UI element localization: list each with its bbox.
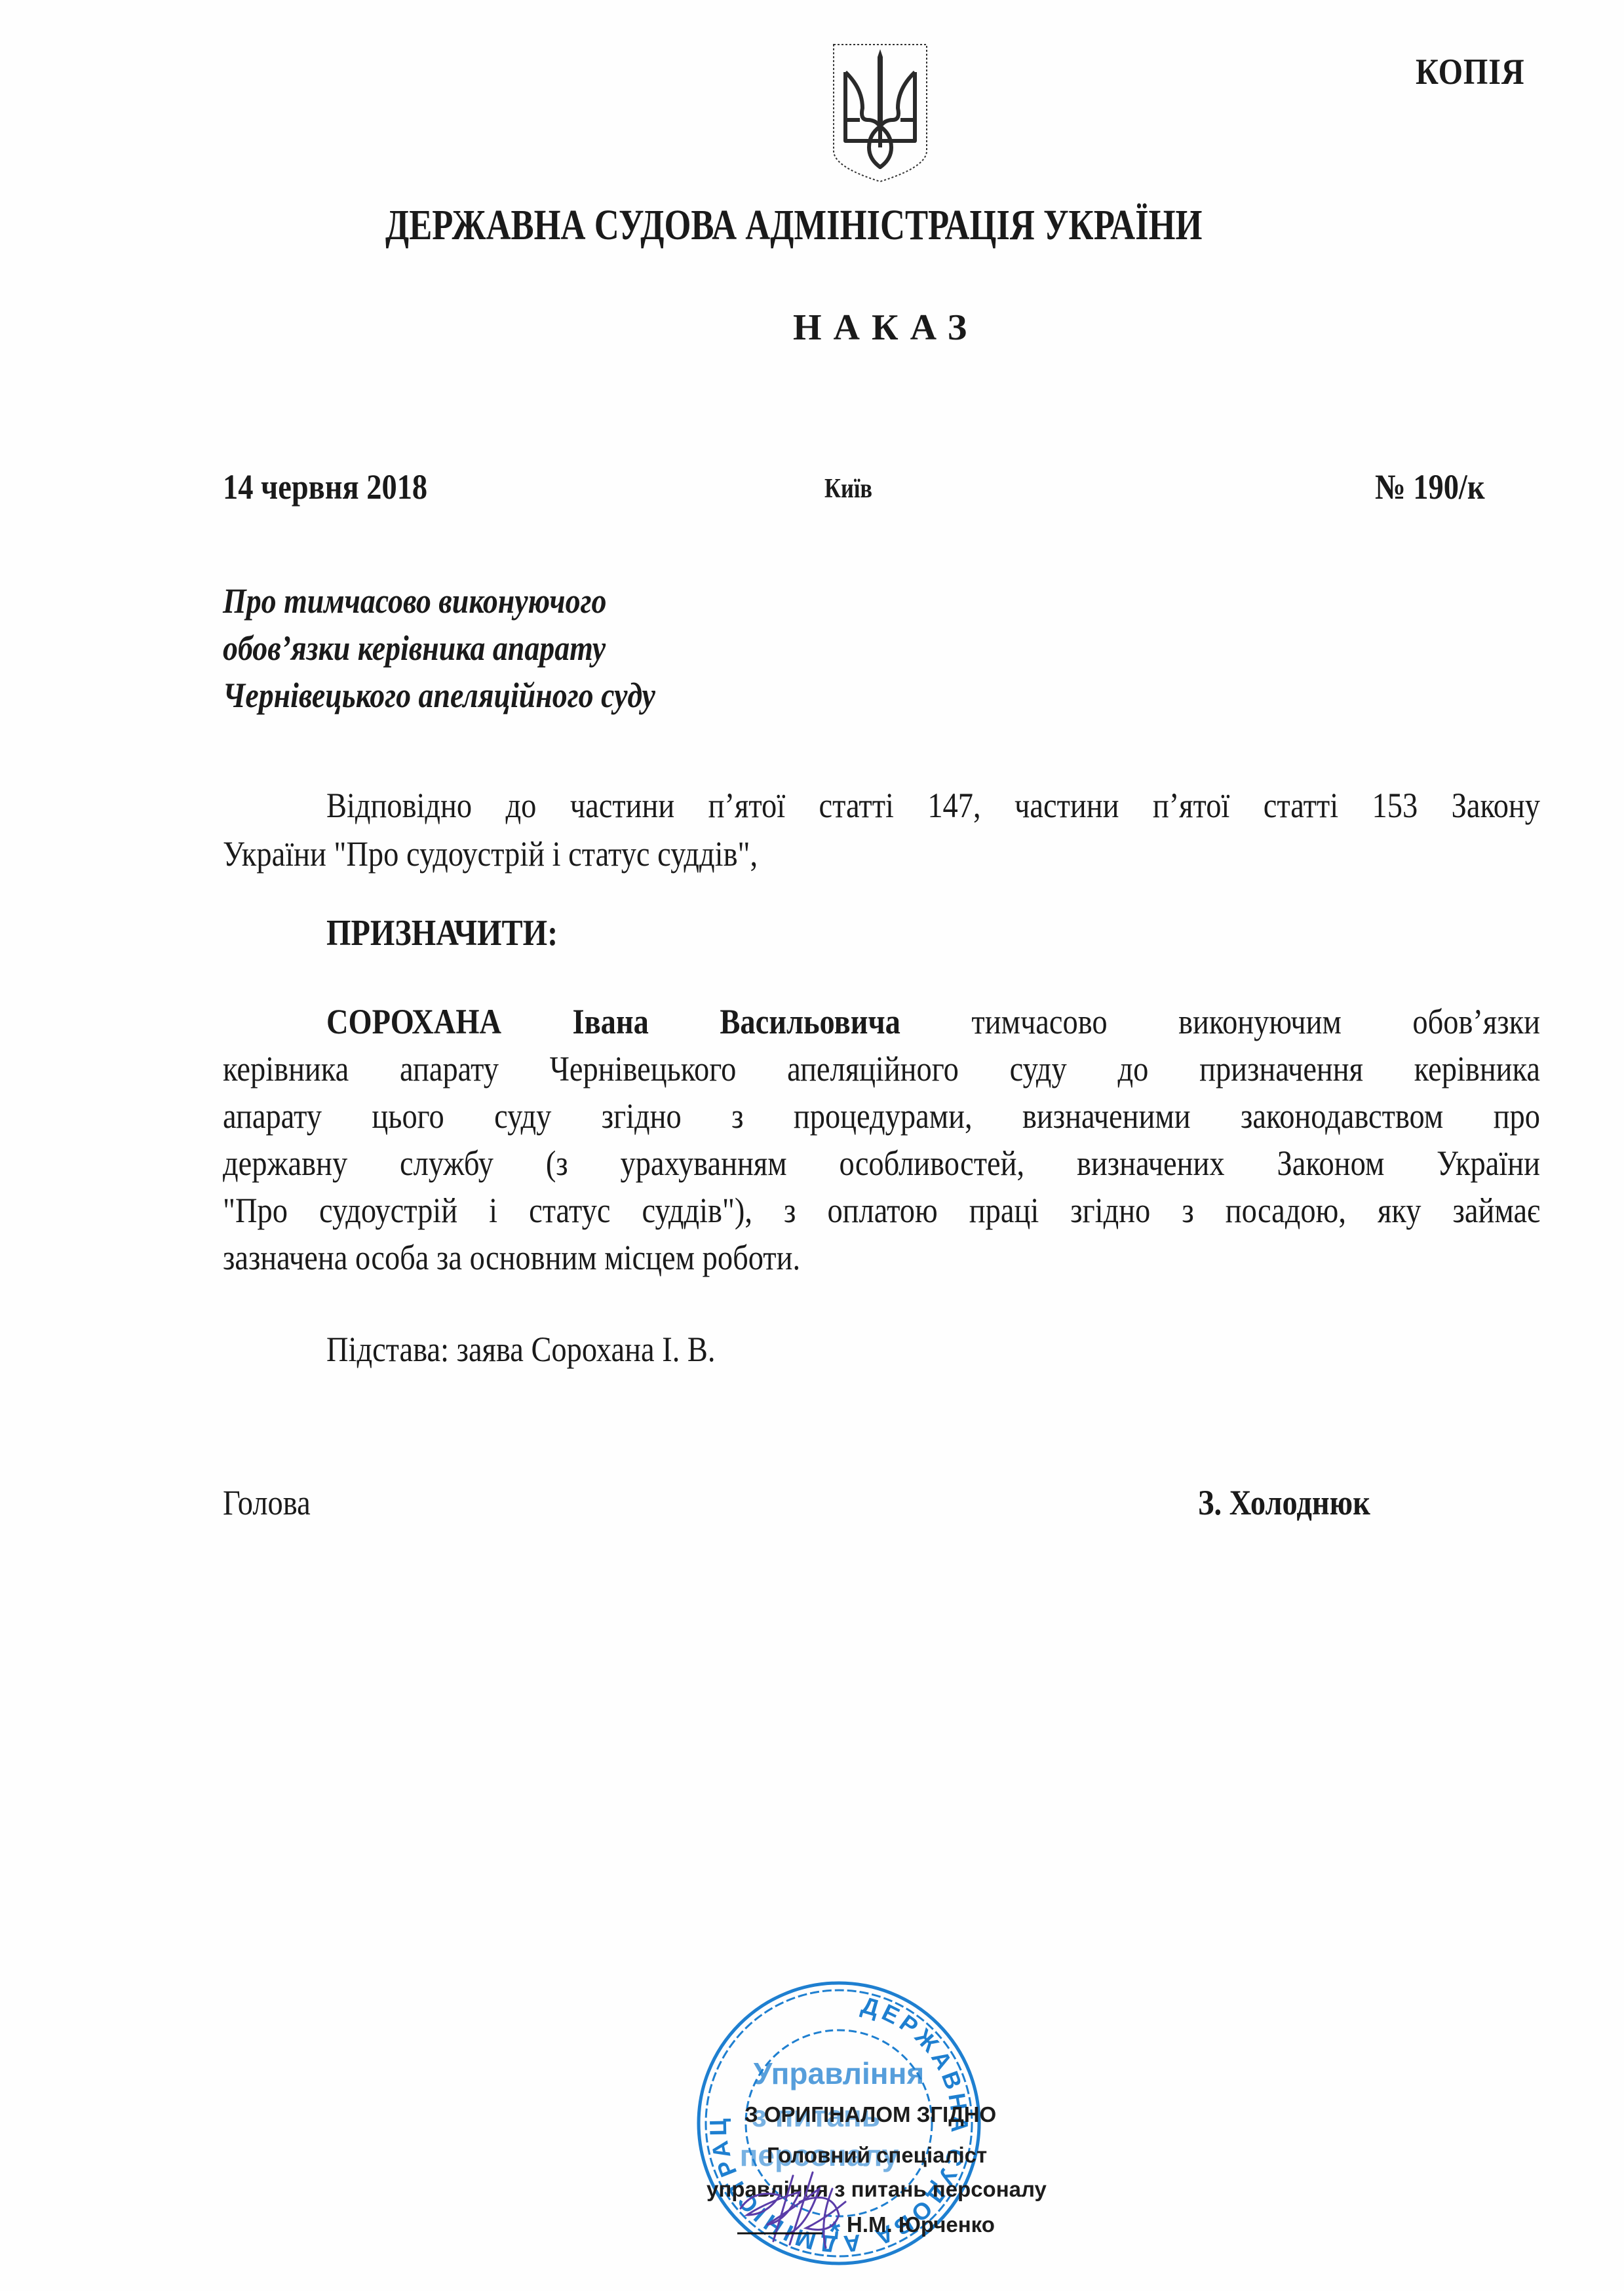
appointee-name: СОРОХАНА Івана Васильовича — [326, 1002, 900, 1041]
certification-line: Н.М. Юрченко — [847, 2212, 995, 2237]
signer-title: Голова — [223, 1482, 311, 1523]
handwritten-signature-icon — [727, 2163, 859, 2254]
subject-line: обов’язки керівника апарату — [223, 628, 606, 668]
appointment-first-line: СОРОХАНА Івана Васильовича тимчасово вик… — [326, 1001, 1540, 1042]
appointment-line: зазначена особа за основним місцем робот… — [223, 1237, 1540, 1278]
order-date: 14 червня 2018 — [223, 467, 427, 507]
stamp-center-text: Управління — [754, 2056, 924, 2090]
appointment-text: тимчасово виконуючим обов’язки — [971, 1002, 1540, 1041]
appointment-text: зазначена особа за основним місцем робот… — [223, 1237, 1540, 1278]
appointment-text: апарату цього суду згідно з процедурами,… — [223, 1096, 1540, 1136]
preamble-text: України "Про судоустрій і статус суддів"… — [223, 834, 1540, 874]
copy-mark: КОПІЯ — [1416, 51, 1524, 93]
appointment-line: апарату цього суду згідно з процедурами,… — [223, 1096, 1540, 1136]
appointment-line: керівника апарату Чернівецького апеляцій… — [223, 1049, 1540, 1089]
document-page: КОПІЯ ДЕРЖАВНА СУДОВА АДМІНІСТРАЦІЯ УКРА… — [0, 0, 1624, 2291]
appointment-line: державну службу (з урахуванням особливос… — [223, 1143, 1540, 1184]
subject-line: Чернівецького апеляційного суду — [223, 675, 655, 716]
appointment-text: "Про судоустрій і статус суддів"), з опл… — [223, 1190, 1540, 1231]
appointment-line: "Про судоустрій і статус суддів"), з опл… — [223, 1190, 1540, 1231]
order-number: № 190/к — [1375, 467, 1485, 507]
decree-word: ПРИЗНАЧИТИ: — [326, 912, 558, 954]
agency-title: ДЕРЖАВНА СУДОВА АДМІНІСТРАЦІЯ УКРАЇНИ — [385, 201, 1202, 250]
preamble-line: Відповідно до частини п’ятої статті 147,… — [326, 785, 1540, 826]
subject-line: Про тимчасово виконуючого — [223, 581, 607, 621]
order-city: Київ — [824, 473, 872, 505]
appointment-text: державну службу (з урахуванням особливос… — [223, 1143, 1540, 1184]
preamble-line: України "Про судоустрій і статус суддів"… — [223, 834, 1540, 874]
ukraine-trident-coat-of-arms-icon — [831, 43, 929, 183]
appointment-text: керівника апарату Чернівецького апеляцій… — [223, 1049, 1540, 1089]
appointment-line: СОРОХАНА Івана Васильовича тимчасово вик… — [326, 1001, 1540, 1042]
signer-name: З. Холоднюк — [1198, 1482, 1370, 1523]
preamble-text: Відповідно до частини п’ятої статті 147,… — [326, 785, 1540, 826]
order-title: НАКАЗ — [793, 307, 978, 349]
basis-line: Підстава: заява Сорохана І. В. — [326, 1329, 715, 1370]
certification-line: З ОРИГІНАЛОМ ЗГІДНО — [744, 2102, 996, 2127]
